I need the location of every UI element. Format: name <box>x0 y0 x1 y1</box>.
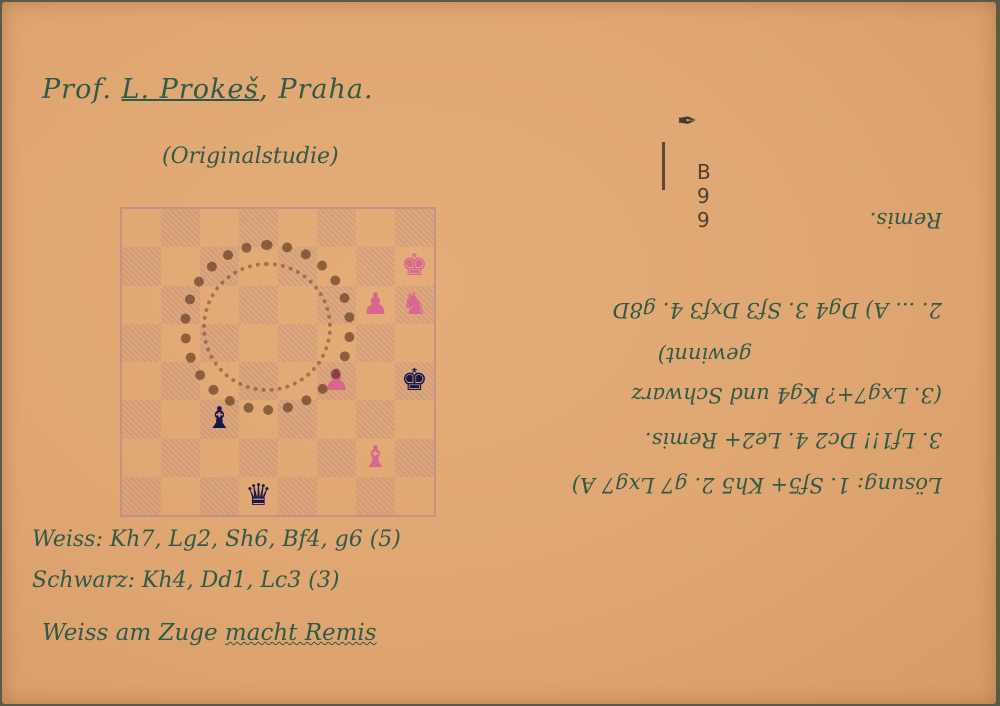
square-a5 <box>122 324 161 362</box>
square-a6 <box>122 286 161 324</box>
black-bishop-icon: ♝ <box>206 404 233 434</box>
address-city: , Praha. <box>259 74 373 105</box>
square-h7: ♚ <box>395 247 434 285</box>
square-g4 <box>356 362 395 400</box>
solution-block: Lösung: 1. Sf5+ Kh5 2. g7 Lxg7 A) 3. Lf1… <box>452 187 952 507</box>
white-king-icon: ♚ <box>401 251 428 281</box>
square-d1: ♛ <box>239 477 278 515</box>
square-g1 <box>356 477 395 515</box>
black-king-icon: ♚ <box>401 366 428 396</box>
author-name: L. Prokeš <box>122 74 260 105</box>
square-g2: ♝ <box>356 439 395 477</box>
square-h5 <box>395 324 434 362</box>
square-a4 <box>122 362 161 400</box>
square-c1 <box>200 477 239 515</box>
square-g8 <box>356 209 395 247</box>
square-a7 <box>122 247 161 285</box>
square-d2 <box>239 439 278 477</box>
square-f3 <box>317 400 356 438</box>
black-pieces-list: Schwarz: Kh4, Dd1, Lc3 (3) <box>32 568 339 593</box>
square-g6: ♟ <box>356 286 395 324</box>
square-f8 <box>317 209 356 247</box>
square-h4: ♚ <box>395 362 434 400</box>
square-e1 <box>278 477 317 515</box>
square-h3 <box>395 400 434 438</box>
solution-line-6: Remis. <box>870 208 942 232</box>
square-c2 <box>200 439 239 477</box>
black-queen-icon: ♛ <box>245 481 272 511</box>
square-a3 <box>122 400 161 438</box>
postmark-bar <box>662 142 665 190</box>
square-b2 <box>161 439 200 477</box>
stipulation-goal: macht Remis <box>225 620 377 646</box>
square-a2 <box>122 439 161 477</box>
solution-line-3: (3. Lxg7+? Kg4 und Schwarz <box>631 383 942 407</box>
white-pieces-list: Weiss: Kh7, Lg2, Sh6, Bf4, g6 (5) <box>32 527 401 552</box>
square-h1 <box>395 477 434 515</box>
square-h8 <box>395 209 434 247</box>
square-a1 <box>122 477 161 515</box>
address-prefix: Prof. <box>42 74 112 105</box>
solution-line-2: 3. Lf1!! Dc2 4. Le2+ Remis. <box>645 428 942 452</box>
white-bishop-icon: ♝ <box>362 443 389 473</box>
postmark-stain-inner <box>202 262 332 392</box>
square-e2 <box>278 439 317 477</box>
solution-line-1: Lösung: 1. Sf5+ Kh5 2. g7 Lxg7 A) <box>572 473 942 497</box>
white-knight-icon: ♞ <box>401 290 428 320</box>
postcard: Prof. L. Prokeš, Praha. (Originalstudie)… <box>2 2 996 704</box>
study-subtitle: (Originalstudie) <box>162 144 339 169</box>
solution-line-5: 2. ... A) Dg4 3. Sf3 Dxf3 4. g8D <box>612 298 942 322</box>
square-g7 <box>356 247 395 285</box>
square-g3 <box>356 400 395 438</box>
square-h6: ♞ <box>395 286 434 324</box>
square-b8 <box>161 209 200 247</box>
stipulation: Weiss am Zuge macht Remis <box>42 620 377 646</box>
stipulation-prefix: Weiss am Zuge <box>42 620 225 646</box>
square-a8 <box>122 209 161 247</box>
postmark-stroke-icon: ✒ <box>677 107 697 135</box>
white-pawn-icon: ♟ <box>362 290 389 320</box>
square-c8 <box>200 209 239 247</box>
square-b3 <box>161 400 200 438</box>
square-f1 <box>317 477 356 515</box>
solution-line-4: gewinnt) <box>658 343 752 367</box>
square-f2 <box>317 439 356 477</box>
square-h2 <box>395 439 434 477</box>
recipient-address: Prof. L. Prokeš, Praha. <box>42 74 374 105</box>
square-b1 <box>161 477 200 515</box>
square-g5 <box>356 324 395 362</box>
